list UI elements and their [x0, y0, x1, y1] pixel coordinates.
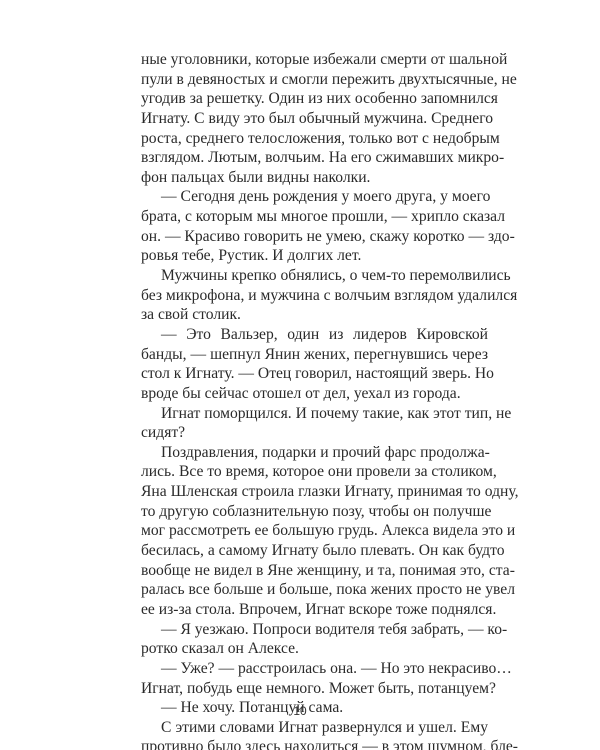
text-line: ные уголовники, которые избежали смерти …: [141, 50, 488, 70]
text-line: — Уже? — расстроилась она. — Но это некр…: [141, 659, 488, 679]
text-line: — Сегодня день рождения у моего друга, у…: [141, 187, 488, 207]
text-line: угодив за решетку. Один из них особенно …: [141, 89, 488, 109]
text-line: вообще не видел в Яне женщину, и та, пон…: [141, 561, 488, 581]
text-line: Мужчины крепко обнялись, о чем-то перемо…: [141, 266, 488, 286]
text-line: — Я уезжаю. Попроси водителя тебя забрат…: [141, 620, 488, 640]
text-line: противно было здесь находиться — в этом …: [141, 737, 488, 750]
text-line: ралась все больше и больше, пока жених п…: [141, 580, 488, 600]
text-line: мог рассмотреть ее большую грудь. Алекса…: [141, 521, 488, 541]
text-line: Игнату. С виду это был обычный мужчина. …: [141, 109, 488, 129]
text-line: стол к Игнату. — Отец говорил, настоящий…: [141, 364, 488, 384]
text-line: взглядом. Лютым, волчьим. На его сжимавш…: [141, 148, 488, 168]
text-line: вроде бы сейчас отошел от дел, уехал из …: [141, 384, 488, 404]
text-line: пули в девяностых и смогли пережить двух…: [141, 70, 488, 90]
text-line: бесилась, а самому Игнату было плевать. …: [141, 541, 488, 561]
text-line: фон пальцах были видны наколки.: [141, 168, 488, 188]
text-line: Яна Шленская строила глазки Игнату, прин…: [141, 482, 488, 502]
text-line: сидят?: [141, 423, 488, 443]
text-line: ее из-за стола. Впрочем, Игнат вскоре то…: [141, 600, 488, 620]
text-line: ровья тебе, Рустик. И долгих лет.: [141, 246, 488, 266]
text-line: то другую соблазнительную позу, чтобы он…: [141, 502, 488, 522]
text-line: банды, — шепнул Янин жених, перегнувшись…: [141, 345, 488, 365]
text-line: брата, с которым мы многое прошли, — хри…: [141, 207, 488, 227]
page-body-text: ные уголовники, которые избежали смерти …: [141, 50, 488, 750]
text-line: лись. Все то время, которое они провели …: [141, 462, 488, 482]
text-line: ротко сказал он Алексе.: [141, 639, 488, 659]
text-line: Игнат, побудь еще немного. Может быть, п…: [141, 679, 488, 699]
page-number: 10: [0, 704, 600, 718]
text-line: он. — Красиво говорить не умею, скажу ко…: [141, 227, 488, 247]
text-line: без микрофона, и мужчина с волчьим взгля…: [141, 286, 488, 306]
text-line: С этими словами Игнат развернулся и ушел…: [141, 718, 488, 738]
text-line: — Это Вальзер, один из лидеров Кировской: [141, 325, 488, 345]
text-line: за свой столик.: [141, 305, 488, 325]
text-line: Игнат поморщился. И почему такие, как эт…: [141, 404, 488, 424]
text-line: Поздравления, подарки и прочий фарс прод…: [141, 443, 488, 463]
text-line: роста, среднего телосложения, только вот…: [141, 129, 488, 149]
